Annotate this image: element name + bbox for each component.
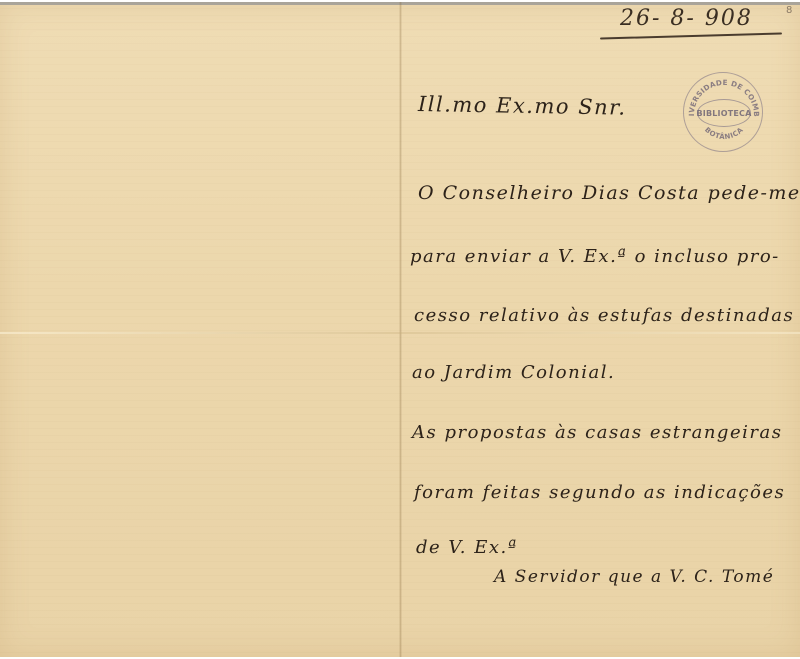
body-line-2: para enviar a V. Ex.ª o incluso pro- (410, 246, 780, 267)
letter-sheet: 26- 8- 908 8 UNIVERSIDADE DE COIMBRA BOT… (0, 2, 800, 657)
left-page-blank (0, 2, 399, 657)
closing-signature: A Servidor que a V. C. Tomé (494, 567, 774, 587)
svg-text:BOTÂNICA: BOTÂNICA (703, 126, 745, 141)
library-stamp: UNIVERSIDADE DE COIMBRA BOTÂNICA BIBLIOT… (683, 72, 763, 152)
body-line-6: foram feitas segundo as indicações (414, 482, 785, 503)
folio-number: 8 (786, 5, 792, 16)
body-line-4: ao Jardim Colonial. (412, 362, 615, 383)
stamp-center-label: BIBLIOTECA (697, 99, 751, 127)
salutation: Ill.mo Ex.mo Snr. (418, 92, 627, 120)
body-line-5: As propostas às casas estrangeiras (412, 422, 782, 443)
body-line-7: de V. Ex.ª (416, 537, 518, 558)
stamp-bottom-text: BOTÂNICA (703, 126, 745, 141)
letter-date: 26- 8- 908 (620, 6, 753, 31)
body-line-3: cesso relativo às estufas destinadas (414, 305, 794, 326)
body-line-1: O Conselheiro Dias Costa pede-me (418, 182, 800, 204)
